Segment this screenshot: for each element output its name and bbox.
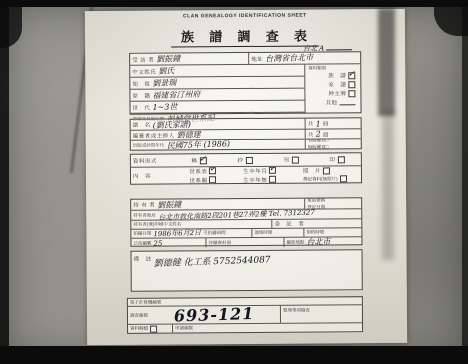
generations-value: 1~3世 [152, 101, 177, 112]
survey-number-value: 693-121 [174, 306, 255, 324]
format-woodblock-label: 刊 [283, 156, 289, 164]
first-ancestor-label: 始 祖 [132, 79, 150, 87]
category-clan-genealogy-label: 族 譜 [328, 71, 346, 79]
pages-post-label: 面 [323, 130, 329, 138]
table-row: 持有者(兼)印刷中文姓名 委 託 者 [131, 218, 361, 229]
archived-label: 資料歸檔 [130, 326, 148, 332]
table-holder-info: 持 有 者 劉振鐘 電話號碼 登記日期 持有者地址 台北市敦化南路2段201巷2… [130, 197, 362, 247]
pending-material-label: 待攝資料冊 [208, 240, 231, 246]
format-label: 資料形式 [133, 157, 157, 165]
table-row: 資料歸檔 申請編號 [128, 322, 362, 333]
table-row: 受 訪 者 劉振鐘 地址 台灣省台北市 [130, 52, 360, 65]
format-handcopy-label: 抄 [237, 156, 243, 164]
film-edge-left [0, 0, 9, 364]
filmed-count-label: 已拍攝數 [133, 240, 151, 246]
checkbox-icon [269, 176, 276, 183]
category-family-genealogy-label: 家 譜 [328, 80, 346, 88]
pages-count: 2 [316, 129, 321, 138]
film-edge-top [0, 0, 468, 7]
content-birth-death-dates-label: 生卒年月 [243, 166, 267, 174]
checkbox-icon [348, 90, 355, 97]
survey-number-label: 調查編號 [130, 312, 148, 318]
other-underline [339, 99, 355, 105]
holder-label: 持 有 者 [133, 201, 155, 209]
english-sheet-title: CLAN GENEALOGY IDENTIFICATION SHEET [85, 12, 405, 20]
holder-printed-name-label: 持有者(兼)印刷中文姓名 [133, 221, 181, 227]
location-underline [326, 42, 352, 50]
table-row: 資料形式 稿 抄 刊 印 [131, 153, 361, 167]
respondent-value: 劉振鐘 [156, 53, 180, 65]
table-survey-number: 電子計算機編號 調查編號 693-121 整理事項檢查 資料歸檔 申請編號 [127, 296, 363, 334]
content-label: 內 容 [133, 172, 151, 180]
remarks-label: 備 註 [134, 255, 152, 263]
checkbox-icon [323, 167, 330, 174]
format-manuscript-label: 稿 [191, 156, 197, 164]
entruster-label: 委 託 者 [274, 220, 304, 228]
table-row: 調查編號 693-121 整理事項檢查 [128, 304, 362, 324]
content-lineage-chart-label: 世系圖 [189, 176, 207, 184]
format-printed-label: 印 [329, 155, 335, 163]
table-row: 出版或抄寫年代 民國75年 (1986) 有版權頁□ 無版權頁□ [131, 138, 361, 150]
filmable-time-label: 可拍攝時間 [203, 230, 226, 236]
contact-time-label: 連絡時間 [254, 230, 272, 236]
table-row: 持 有 者 劉振鐘 電話號碼 登記日期 [131, 198, 361, 210]
origin-value: 福建省汀州府 [152, 89, 200, 101]
table-volume-info: 譜 名 (劉氏家譜) 共 1 冊 編纂者或主修人 劉德建 共 2 面 出版或抄寫… [130, 117, 362, 151]
copyright-page-no-label: 無版權頁□ [308, 144, 329, 148]
table-row: 譜 名 (劉氏家譜) 共 1 冊 [131, 118, 361, 130]
checkbox-icon [150, 325, 157, 332]
address-value: 台灣省台北市 [265, 52, 313, 64]
content-photos-label: 照 片 [303, 166, 321, 174]
checkbox-icon [348, 81, 355, 88]
copyright-page-yes-label: 有版權頁□ [308, 139, 329, 143]
respondent-label: 受 訪 者 [132, 55, 154, 63]
table-identification: 受 訪 者 劉振鐘 地址 台灣省台北市 中文姓氏 劉氏 始 祖 劉景瑞 [129, 51, 361, 115]
chinese-title-wrap: 族 譜 調 查 表 [85, 25, 405, 48]
filmed-count-value: 25 [153, 239, 162, 247]
filming-place-value: 台北市 [306, 237, 330, 247]
table-row: 拍攝日期 1986年6月2日 可拍攝時間 連絡時間 預約時間 [131, 227, 361, 238]
field-rows: 中文姓氏 劉氏 始 祖 劉景瑞 原 籍 福建省汀州府 世 代 1~3世 [130, 65, 304, 115]
genealogy-form-paper: CLAN GENEALOGY IDENTIFICATION SHEET 族 譜 … [85, 9, 407, 345]
volumes-post-label: 冊 [323, 119, 329, 127]
content-no-dates-label: 生卒年無 [243, 175, 267, 183]
checkbox-icon [199, 157, 206, 164]
origin-label: 原 籍 [132, 91, 150, 99]
respondent-cell: 受 訪 者 劉振鐘 [130, 53, 248, 65]
filming-date-label: 拍攝日期 [133, 231, 151, 237]
appointment-time-label: 預約時間 [306, 229, 324, 235]
table-row: 已拍攝數 25 待攝資料冊 攝影地點 台北市 [131, 236, 361, 248]
category-other-label: 其他 [325, 98, 337, 106]
address-label: 地址 [251, 54, 263, 62]
checkbox-icon [340, 175, 347, 182]
generations-label: 世 代 [132, 103, 150, 111]
film-edge-bottom [0, 346, 468, 364]
surname-label: 中文姓氏 [132, 67, 156, 75]
remarks-value: 劉德健 化工系 5752544087 [153, 252, 270, 269]
record-category-cell: 資料類別 族 譜 家 譜 神主牌 其他 [304, 64, 360, 113]
genealogy-title-value: (劉氏家譜) [152, 119, 191, 130]
microfilm-scan-photo: CLAN GENEALOGY IDENTIFICATION SHEET 族 譜 … [0, 0, 468, 364]
film-shadow-band [378, 8, 395, 116]
holder-phone-label: 電話號碼 [307, 198, 325, 203]
application-number-label: 申請編號 [175, 325, 193, 331]
checkbox-icon [348, 72, 355, 79]
form-title: 族 譜 調 查 表 [171, 25, 319, 47]
film-edge-right [462, 0, 468, 364]
checkbox-icon [337, 156, 344, 163]
compiler-label: 編纂者或主修人 [133, 131, 175, 139]
table-row: 內 容 世系表 世系圖 生卒年月 生卒年無 [131, 165, 361, 184]
volumes-pre-label: 共 [308, 120, 314, 128]
content-lineage-table-label: 世系表 [189, 167, 207, 175]
checkbox-icon [209, 167, 216, 174]
category-ancestral-tablet-label: 神主牌 [328, 89, 346, 97]
film-shadow-band-lower [382, 110, 394, 260]
table-format-content: 資料形式 稿 抄 刊 印 內 容 世系表 [130, 152, 362, 185]
holder-address-value: 台北市敦化南路2段201巷27弄2樓 Tel. 7312327 [158, 209, 315, 220]
content-biography-label: 傳記資料(無照片) [303, 176, 338, 182]
checkbox-icon [269, 167, 276, 174]
table-lower-band: 中文姓氏 劉氏 始 祖 劉景瑞 原 籍 福建省汀州府 世 代 1~3世 [130, 63, 360, 115]
surname-value: 劉氏 [158, 65, 174, 76]
holder-value: 劉振鐘 [157, 199, 181, 210]
volumes-count: 1 [315, 119, 320, 128]
checkbox-icon [245, 156, 252, 163]
film-corner-top-left [0, 0, 22, 48]
checkbox-icon [209, 176, 216, 183]
computer-number-label: 電子計算機編號 [130, 299, 162, 305]
checkbox-icon [291, 156, 298, 163]
holder-address-label: 持有者地址 [133, 212, 156, 218]
processing-check-label: 整理事項檢查 [283, 308, 310, 314]
filming-place-label: 攝影地點 [286, 239, 304, 245]
address-cell: 地址 台灣省台北市 [248, 52, 360, 64]
table-remarks: 備 註 劉德健 化工系 5752544087 [131, 249, 363, 292]
first-ancestor-value: 劉景瑞 [152, 77, 176, 88]
table-row: 編纂者或主修人 劉德建 共 2 面 [131, 128, 361, 140]
filming-date-value: 1986年6月2日 [153, 229, 201, 238]
table-row: 持有者地址 台北市敦化南路2段201巷27弄2樓 Tel. 7312327 [131, 208, 361, 220]
compiler-value: 劉德建 [177, 130, 201, 140]
publication-year-value: 民國75年 (1986) [166, 140, 230, 150]
film-corner-top-right [434, 0, 468, 36]
pages-pre-label: 共 [308, 130, 314, 138]
genealogy-title-label: 譜 名 [133, 121, 151, 129]
holder-register-label: 登記日期 [307, 204, 325, 209]
publication-year-label: 出版或抄寫年代 [133, 142, 165, 148]
